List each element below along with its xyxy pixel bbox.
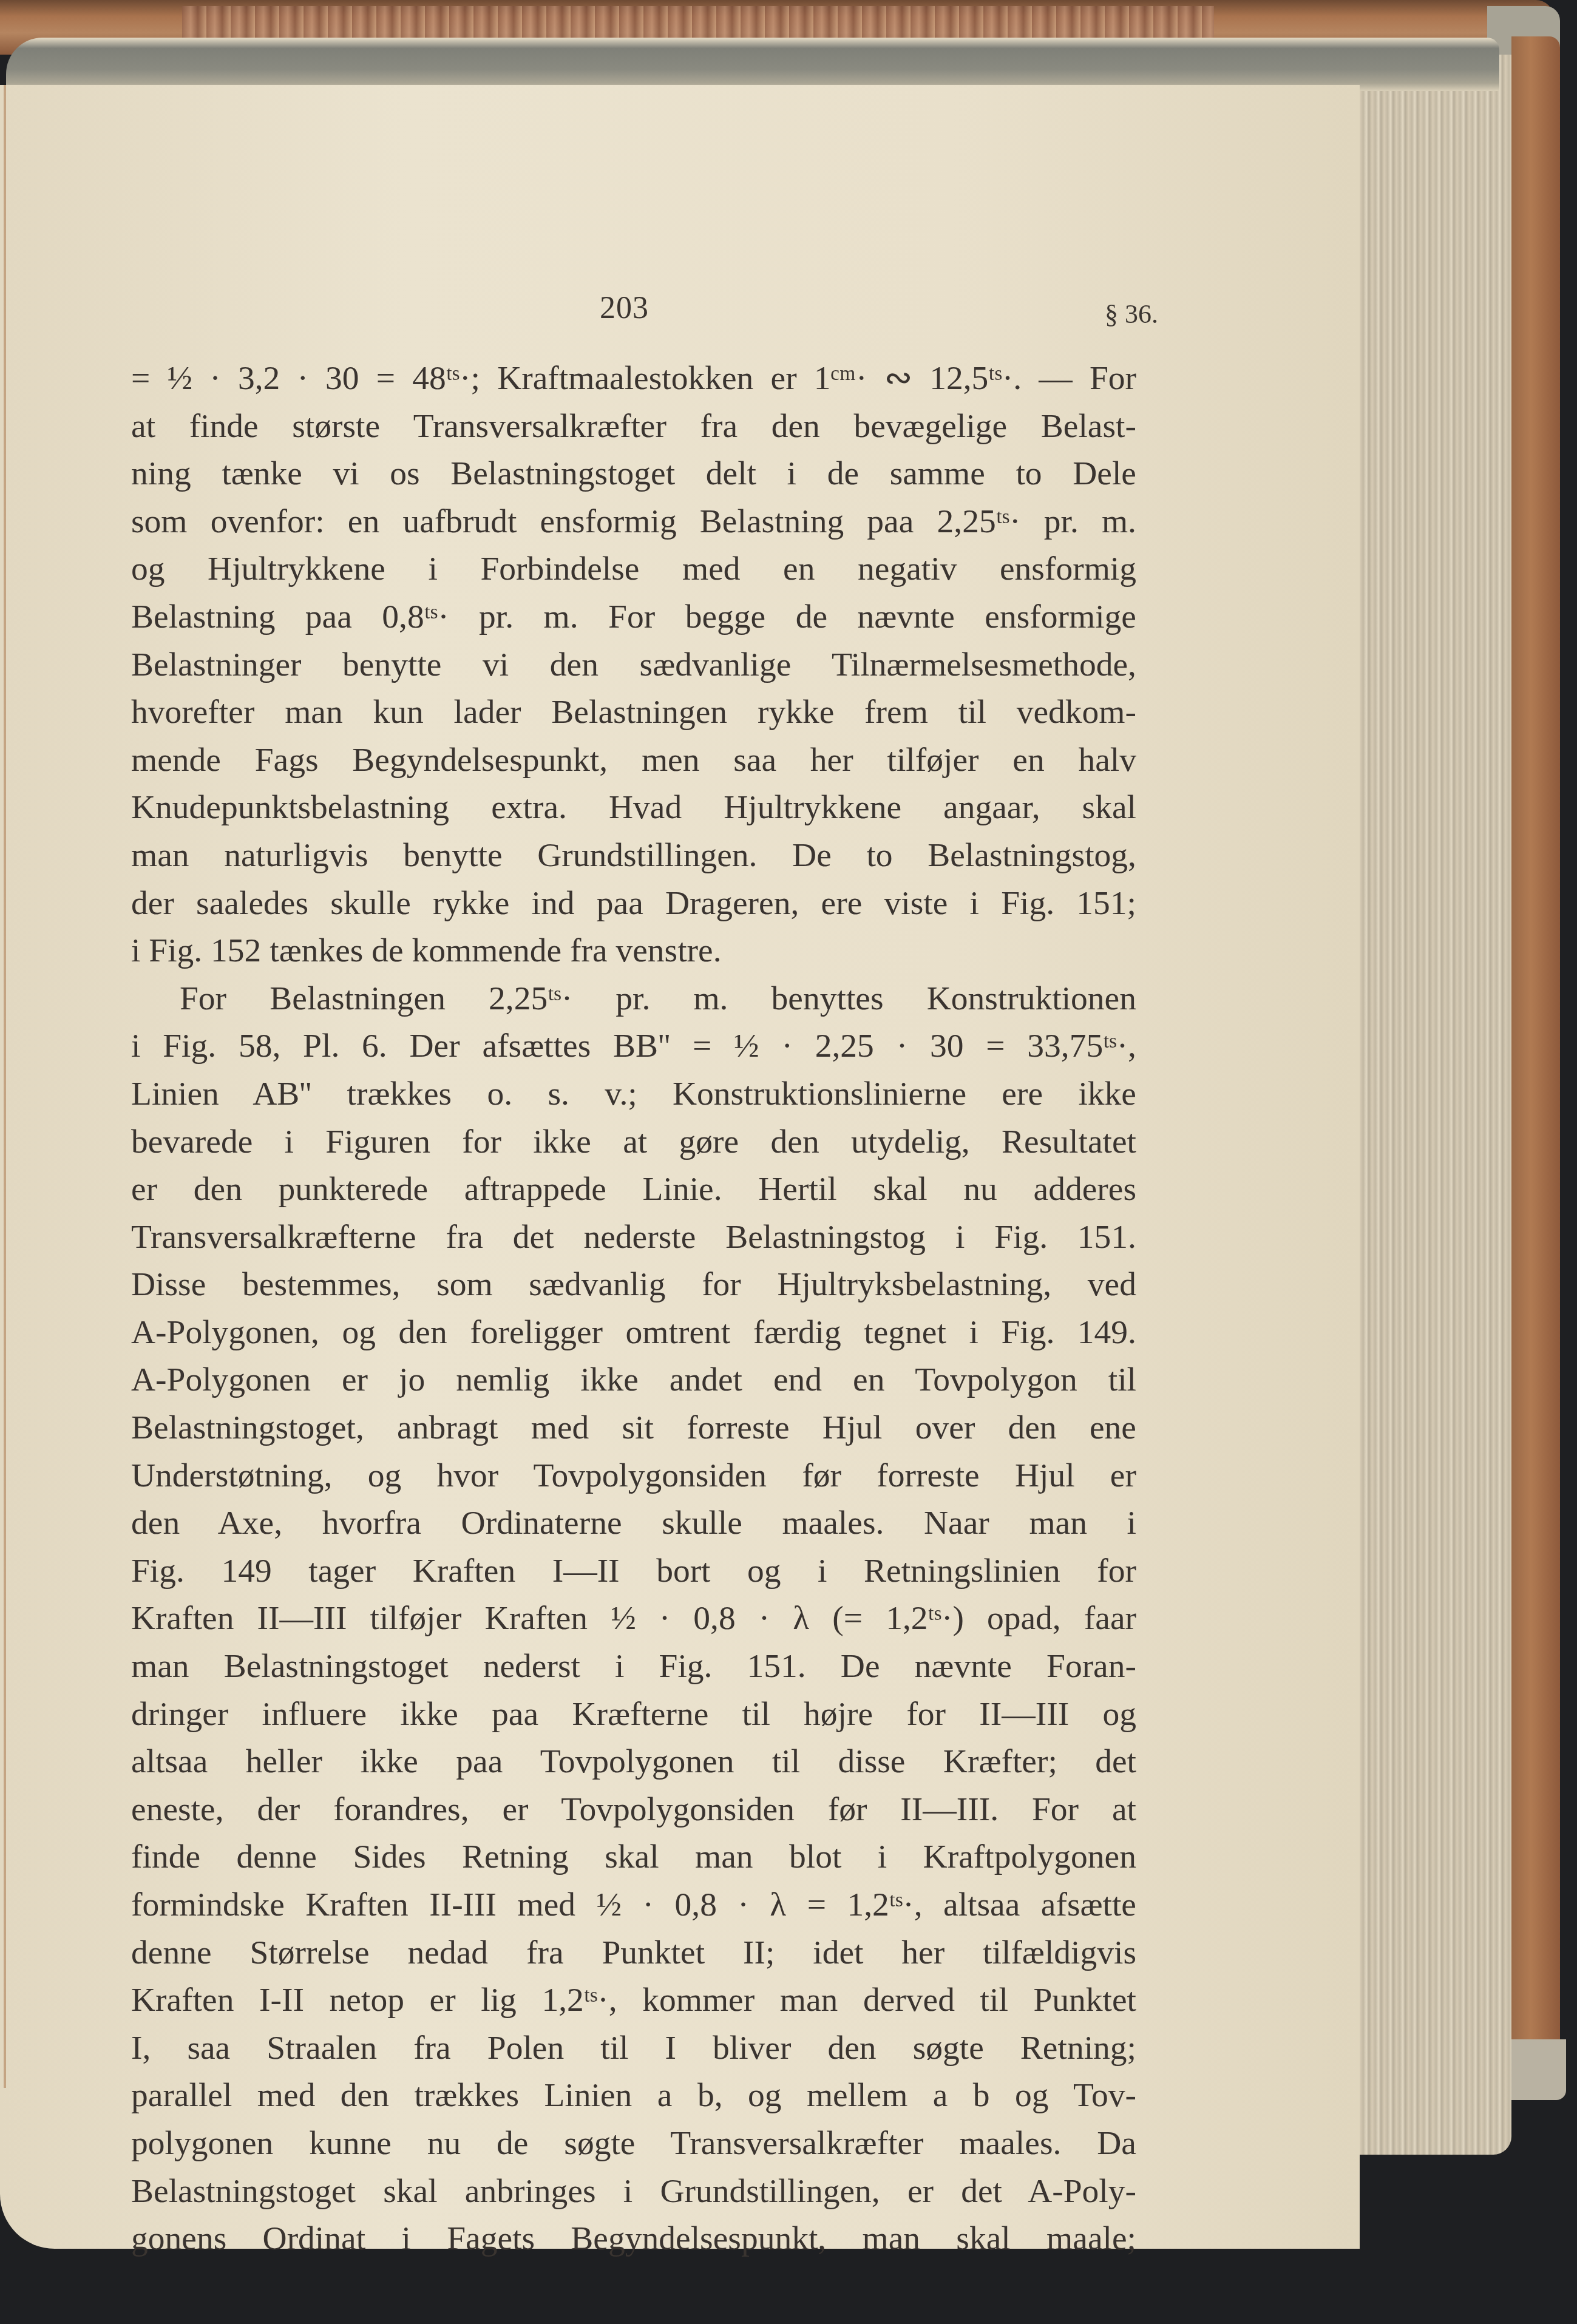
text-line: Understøtning, og hvor Tovpolygonsiden f… <box>131 1452 1136 1500</box>
text-line: formindske Kraften II-III med ½ · 0,8 · … <box>131 1882 1136 1929</box>
text-line: ning tænke vi os Belastningstoget delt i… <box>131 450 1136 498</box>
text-line: altsaa heller ikke paa Tovpolygonen til … <box>131 1738 1136 1786</box>
page-stack-edge <box>1360 55 1511 2155</box>
text-line: gonens Ordinat i Fagets Begyndelsespunkt… <box>131 2215 1136 2263</box>
text-line: Belastningstoget skal anbringes i Grunds… <box>131 2168 1136 2216</box>
text-line: Disse bestemmes, som sædvanlig for Hjult… <box>131 1261 1136 1309</box>
section-number: § 36. <box>1105 299 1158 330</box>
text-line: parallel med den trækkes Linien a b, og … <box>131 2072 1136 2120</box>
text-line: at finde største Transversalkræfter fra … <box>131 403 1136 451</box>
text-line: Fig. 149 tager Kraften I—II bort og i Re… <box>131 1548 1136 1596</box>
text-line: Belastningstoget, anbragt med sit forres… <box>131 1404 1136 1452</box>
marbled-cover-edge <box>182 6 1214 42</box>
text-line: Kraften I-II netop er lig 1,2ᵗˢ·, kommer… <box>131 1977 1136 2025</box>
text-line: polygonen kunne nu de søgte Transversalk… <box>131 2120 1136 2168</box>
body-text: = ½ · 3,2 · 30 = 48ᵗˢ·; Kraftmaalestokke… <box>131 355 1136 2263</box>
text-line: hvorefter man kun lader Belastningen ryk… <box>131 689 1136 737</box>
book-cover-right <box>1511 36 1560 2100</box>
text-line: man naturligvis benytte Grundstillingen.… <box>131 832 1136 880</box>
text-line: der saaledes skulle rykke ind paa Drager… <box>131 880 1136 928</box>
text-line: man Belastningstoget nederst i Fig. 151.… <box>131 1643 1136 1691</box>
page-top-edge <box>6 38 1499 91</box>
page-left-edge <box>4 85 6 2088</box>
text-line: A-Polygonen er jo nemlig ikke andet end … <box>131 1357 1136 1404</box>
page-number: 203 <box>600 290 649 326</box>
text-line: Belastning paa 0,8ᵗˢ· pr. m. For begge d… <box>131 594 1136 642</box>
text-line: = ½ · 3,2 · 30 = 48ᵗˢ·; Kraftmaalestokke… <box>131 355 1136 403</box>
text-line: A-Polygonen, og den foreligger omtrent f… <box>131 1309 1136 1357</box>
running-header: 203 § 36. <box>0 290 1360 333</box>
text-line: er den punkterede aftrappede Linie. Hert… <box>131 1166 1136 1214</box>
text-line: I, saa Straalen fra Polen til I bliver d… <box>131 2025 1136 2073</box>
text-line: den Axe, hvorfra Ordinaterne skulle maal… <box>131 1500 1136 1548</box>
text-line: i Fig. 152 tænkes de kommende fra venstr… <box>131 927 1136 975</box>
text-line: bevarede i Figuren for ikke at gøre den … <box>131 1119 1136 1167</box>
text-line: finde denne Sides Retning skal man blot … <box>131 1834 1136 1882</box>
text-line: Belastninger benytte vi den sædvanlige T… <box>131 642 1136 689</box>
text-line: Knudepunktsbelastning extra. Hvad Hjultr… <box>131 784 1136 832</box>
text-line: Transversalkræfterne fra det nederste Be… <box>131 1214 1136 1262</box>
cover-corner-bottom <box>1511 2039 1566 2100</box>
paragraph-start-line: For Belastningen 2,25ᵗˢ· pr. m. benyttes… <box>131 975 1136 1023</box>
text-line: eneste, der forandres, er Tovpolygonside… <box>131 1786 1136 1834</box>
text-line: mende Fags Begyndelsespunkt, men saa her… <box>131 737 1136 785</box>
text-line: i Fig. 58, Pl. 6. Der afsættes BB'' = ½ … <box>131 1023 1136 1071</box>
text-line: dringer influere ikke paa Kræfterne til … <box>131 1691 1136 1739</box>
text-line: Linien AB'' trækkes o. s. v.; Konstrukti… <box>131 1071 1136 1119</box>
text-line: og Hjultrykkene i Forbindelse med en neg… <box>131 546 1136 594</box>
text-line: Kraften II—III tilføjer Kraften ½ · 0,8 … <box>131 1595 1136 1643</box>
text-line: som ovenfor: en uafbrudt ensformig Belas… <box>131 498 1136 546</box>
text-line: denne Størrelse nedad fra Punktet II; id… <box>131 1929 1136 1977</box>
